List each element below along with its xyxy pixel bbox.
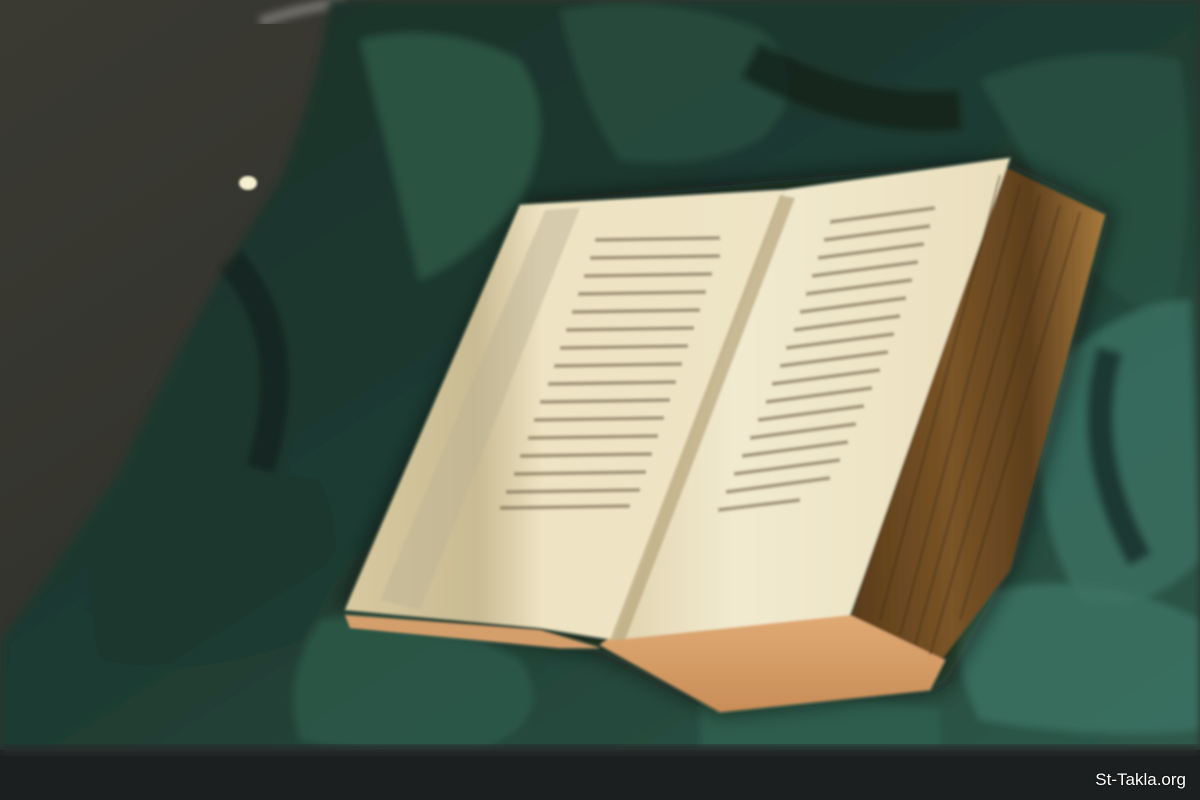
photo-scene [0, 0, 1200, 800]
light-reflection [239, 176, 257, 190]
display-base [0, 750, 1200, 800]
watermark-text: St-Takla.org [1095, 770, 1186, 790]
